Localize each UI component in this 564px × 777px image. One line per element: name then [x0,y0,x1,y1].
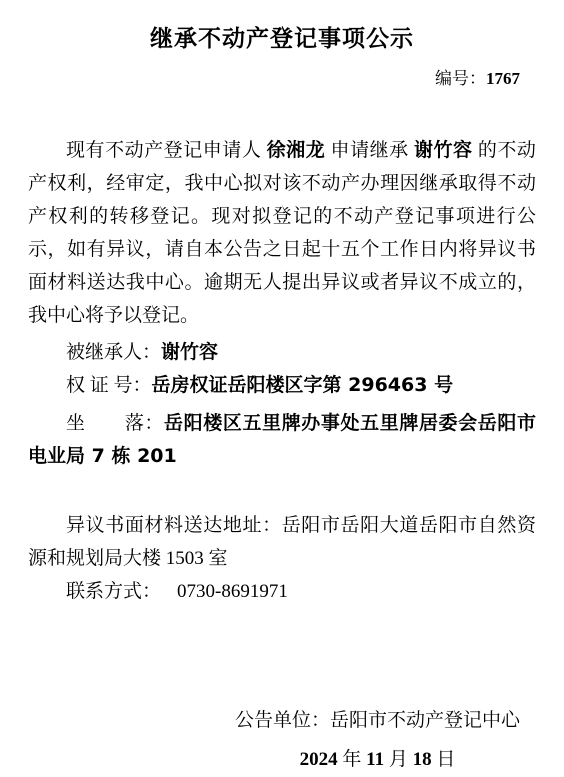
applicant-name: 徐湘龙 [267,139,326,161]
document-title: 继承不动产登记事项公示 [28,24,536,54]
contact-line: 联系方式：0730-8691971 [28,575,536,608]
certificate-field-value: 岳房权证岳阳楼区字第 296463 号 [152,374,454,396]
date-year: 2024 [300,749,338,770]
doc-number-label: 编号： [435,69,486,88]
contact-label: 联系方式： [66,581,161,602]
decedent-field-label: 被继承人： [66,342,161,363]
announcing-unit-line: 公告单位：岳阳市不动产登记中心 [235,704,520,737]
date-year-label: 年 [338,749,367,770]
date-day-label: 日 [432,749,456,770]
field-list: 被继承人：谢竹容 权 证 号：岳房权证岳阳楼区字第 296463 号 坐 落：岳… [28,336,536,473]
footer-block: 公告单位：岳阳市不动产登记中心 2024 年 11 月 18 日 [235,704,520,776]
announcement-date: 2024 年 11 月 18 日 [235,743,520,776]
date-month-label: 月 [384,749,413,770]
contact-phone-number: 0730-8691971 [177,581,288,602]
announcing-unit-label: 公告单位： [235,710,330,731]
announcing-unit-value: 岳阳市不动产登记中心 [330,710,520,731]
date-day: 18 [413,749,432,770]
notice-document: 继承不动产登记事项公示 编号：1767 现有不动产登记申请人 徐湘龙 申请继承 … [0,0,564,777]
date-month: 11 [366,749,384,770]
paragraph-text-tail: 的不动产权利，经审定，我中心拟对该不动产办理因继承取得不动产权利的转移登记。现对… [28,140,536,326]
doc-number-line: 编号：1767 [28,68,536,90]
doc-number-value: 1767 [486,69,520,88]
paragraph-text-mid: 申请继承 [325,140,414,161]
field-row-certificate: 权 证 号：岳房权证岳阳楼区字第 296463 号 [28,369,536,402]
objection-address-label: 异议书面材料送达地址： [66,515,282,536]
decedent-field-value: 谢竹容 [161,341,218,363]
location-field-label: 坐 落： [66,413,164,434]
main-paragraph: 现有不动产登记申请人 徐湘龙 申请继承 谢竹容 的不动产权利，经审定，我中心拟对… [28,134,536,332]
field-row-location: 坐 落：岳阳楼区五里牌办事处五里牌居委会岳阳市电业局 7 栋 201 [28,407,536,473]
certificate-field-label: 权 证 号： [66,375,152,396]
objection-address-paragraph: 异议书面材料送达地址：岳阳市岳阳大道岳阳市自然资源和规划局大楼 1503 室 [28,509,536,575]
field-row-decedent: 被继承人：谢竹容 [28,336,536,369]
decedent-name-inline: 谢竹容 [414,139,473,161]
footer: 公告单位：岳阳市不动产登记中心 2024 年 11 月 18 日 [28,704,536,776]
paragraph-text-lead: 现有不动产登记申请人 [66,140,267,161]
